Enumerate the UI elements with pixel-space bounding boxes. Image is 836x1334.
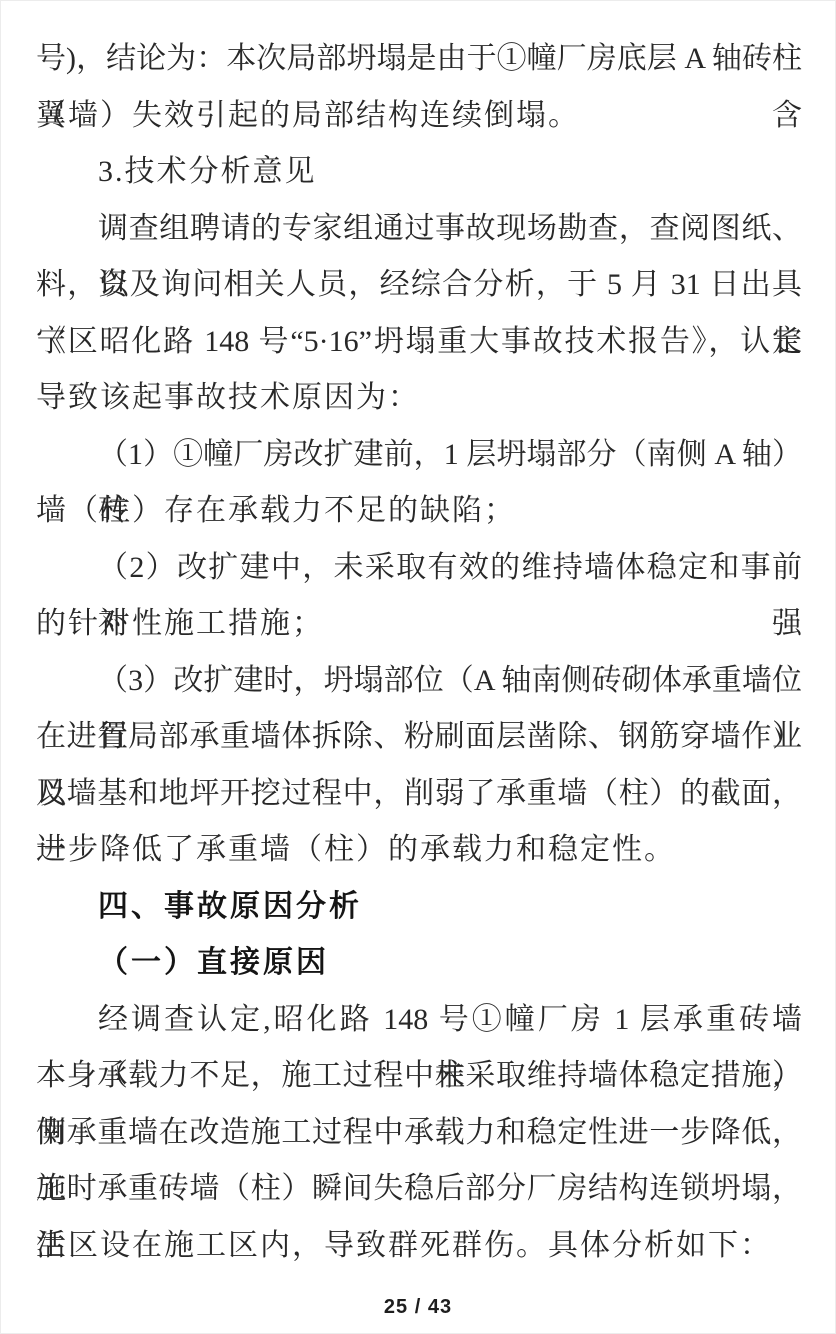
text-line: 宁区昭化路 148 号“5·16”坍塌重大事故技术报告》，认定 xyxy=(36,314,802,371)
text-line: 侧承重墙在改造施工过程中承载力和稳定性进一步降低，施 xyxy=(36,1105,802,1162)
text-line: 调查组聘请的专家组通过事故现场勘查，查阅图纸、资 xyxy=(36,201,802,258)
text-line: （2）改扩建中，未采取有效的维持墙体稳定和事前补强 xyxy=(36,540,802,597)
text-line: 工时承重砖墙（柱）瞬间失稳后部分厂房结构连锁坍塌，生 xyxy=(36,1161,802,1218)
text-line: （3）改扩建时，坍塌部位（A 轴南侧砖砌体承重墙位置） xyxy=(36,653,802,710)
text-line: 墙（柱）存在承载力不足的缺陷； xyxy=(36,483,802,540)
text-line: 导致该起事故技术原因为： xyxy=(36,370,802,427)
text-line: 经调查认定,昭化路 148 号①幢厂房 1 层承重砖墙（柱） xyxy=(36,992,802,1049)
heading-cause-analysis: 四、事故原因分析 xyxy=(36,879,802,936)
document-body: 号)，结论为：本次局部坍塌是由于①幢厂房底层 A 轴砖柱（含翼墙）失效引起的局部… xyxy=(36,31,802,1274)
document-page: 号)，结论为：本次局部坍塌是由于①幢厂房底层 A 轴砖柱（含翼墙）失效引起的局部… xyxy=(0,0,836,1334)
page-number: 25 / 43 xyxy=(1,1296,835,1319)
heading-direct-cause: （一）直接原因 xyxy=(36,935,802,992)
text-line: （1）①幢厂房改扩建前，1 层坍塌部分（南侧 A 轴）砖 xyxy=(36,427,802,484)
text-line: 号)，结论为：本次局部坍塌是由于①幢厂房底层 A 轴砖柱（含 xyxy=(36,31,802,88)
text-line: 3.技术分析意见 xyxy=(36,144,802,201)
text-line: 一步降低了承重墙（柱）的承载力和稳定性。 xyxy=(36,822,802,879)
text-line: 本身承载力不足，施工过程中未采取维持墙体稳定措施，南 xyxy=(36,1048,802,1105)
text-line: 及墙基和地坪开挖过程中，削弱了承重墙（柱）的截面，进 xyxy=(36,766,802,823)
text-line: 在进行局部承重墙体拆除、粉刷面层凿除、钢筋穿墙作业以 xyxy=(36,709,802,766)
text-line: 料，以及询问相关人员，经综合分析，于 5 月 31 日出具《长 xyxy=(36,257,802,314)
text-line: 活区设在施工区内，导致群死群伤。具体分析如下： xyxy=(36,1218,802,1275)
